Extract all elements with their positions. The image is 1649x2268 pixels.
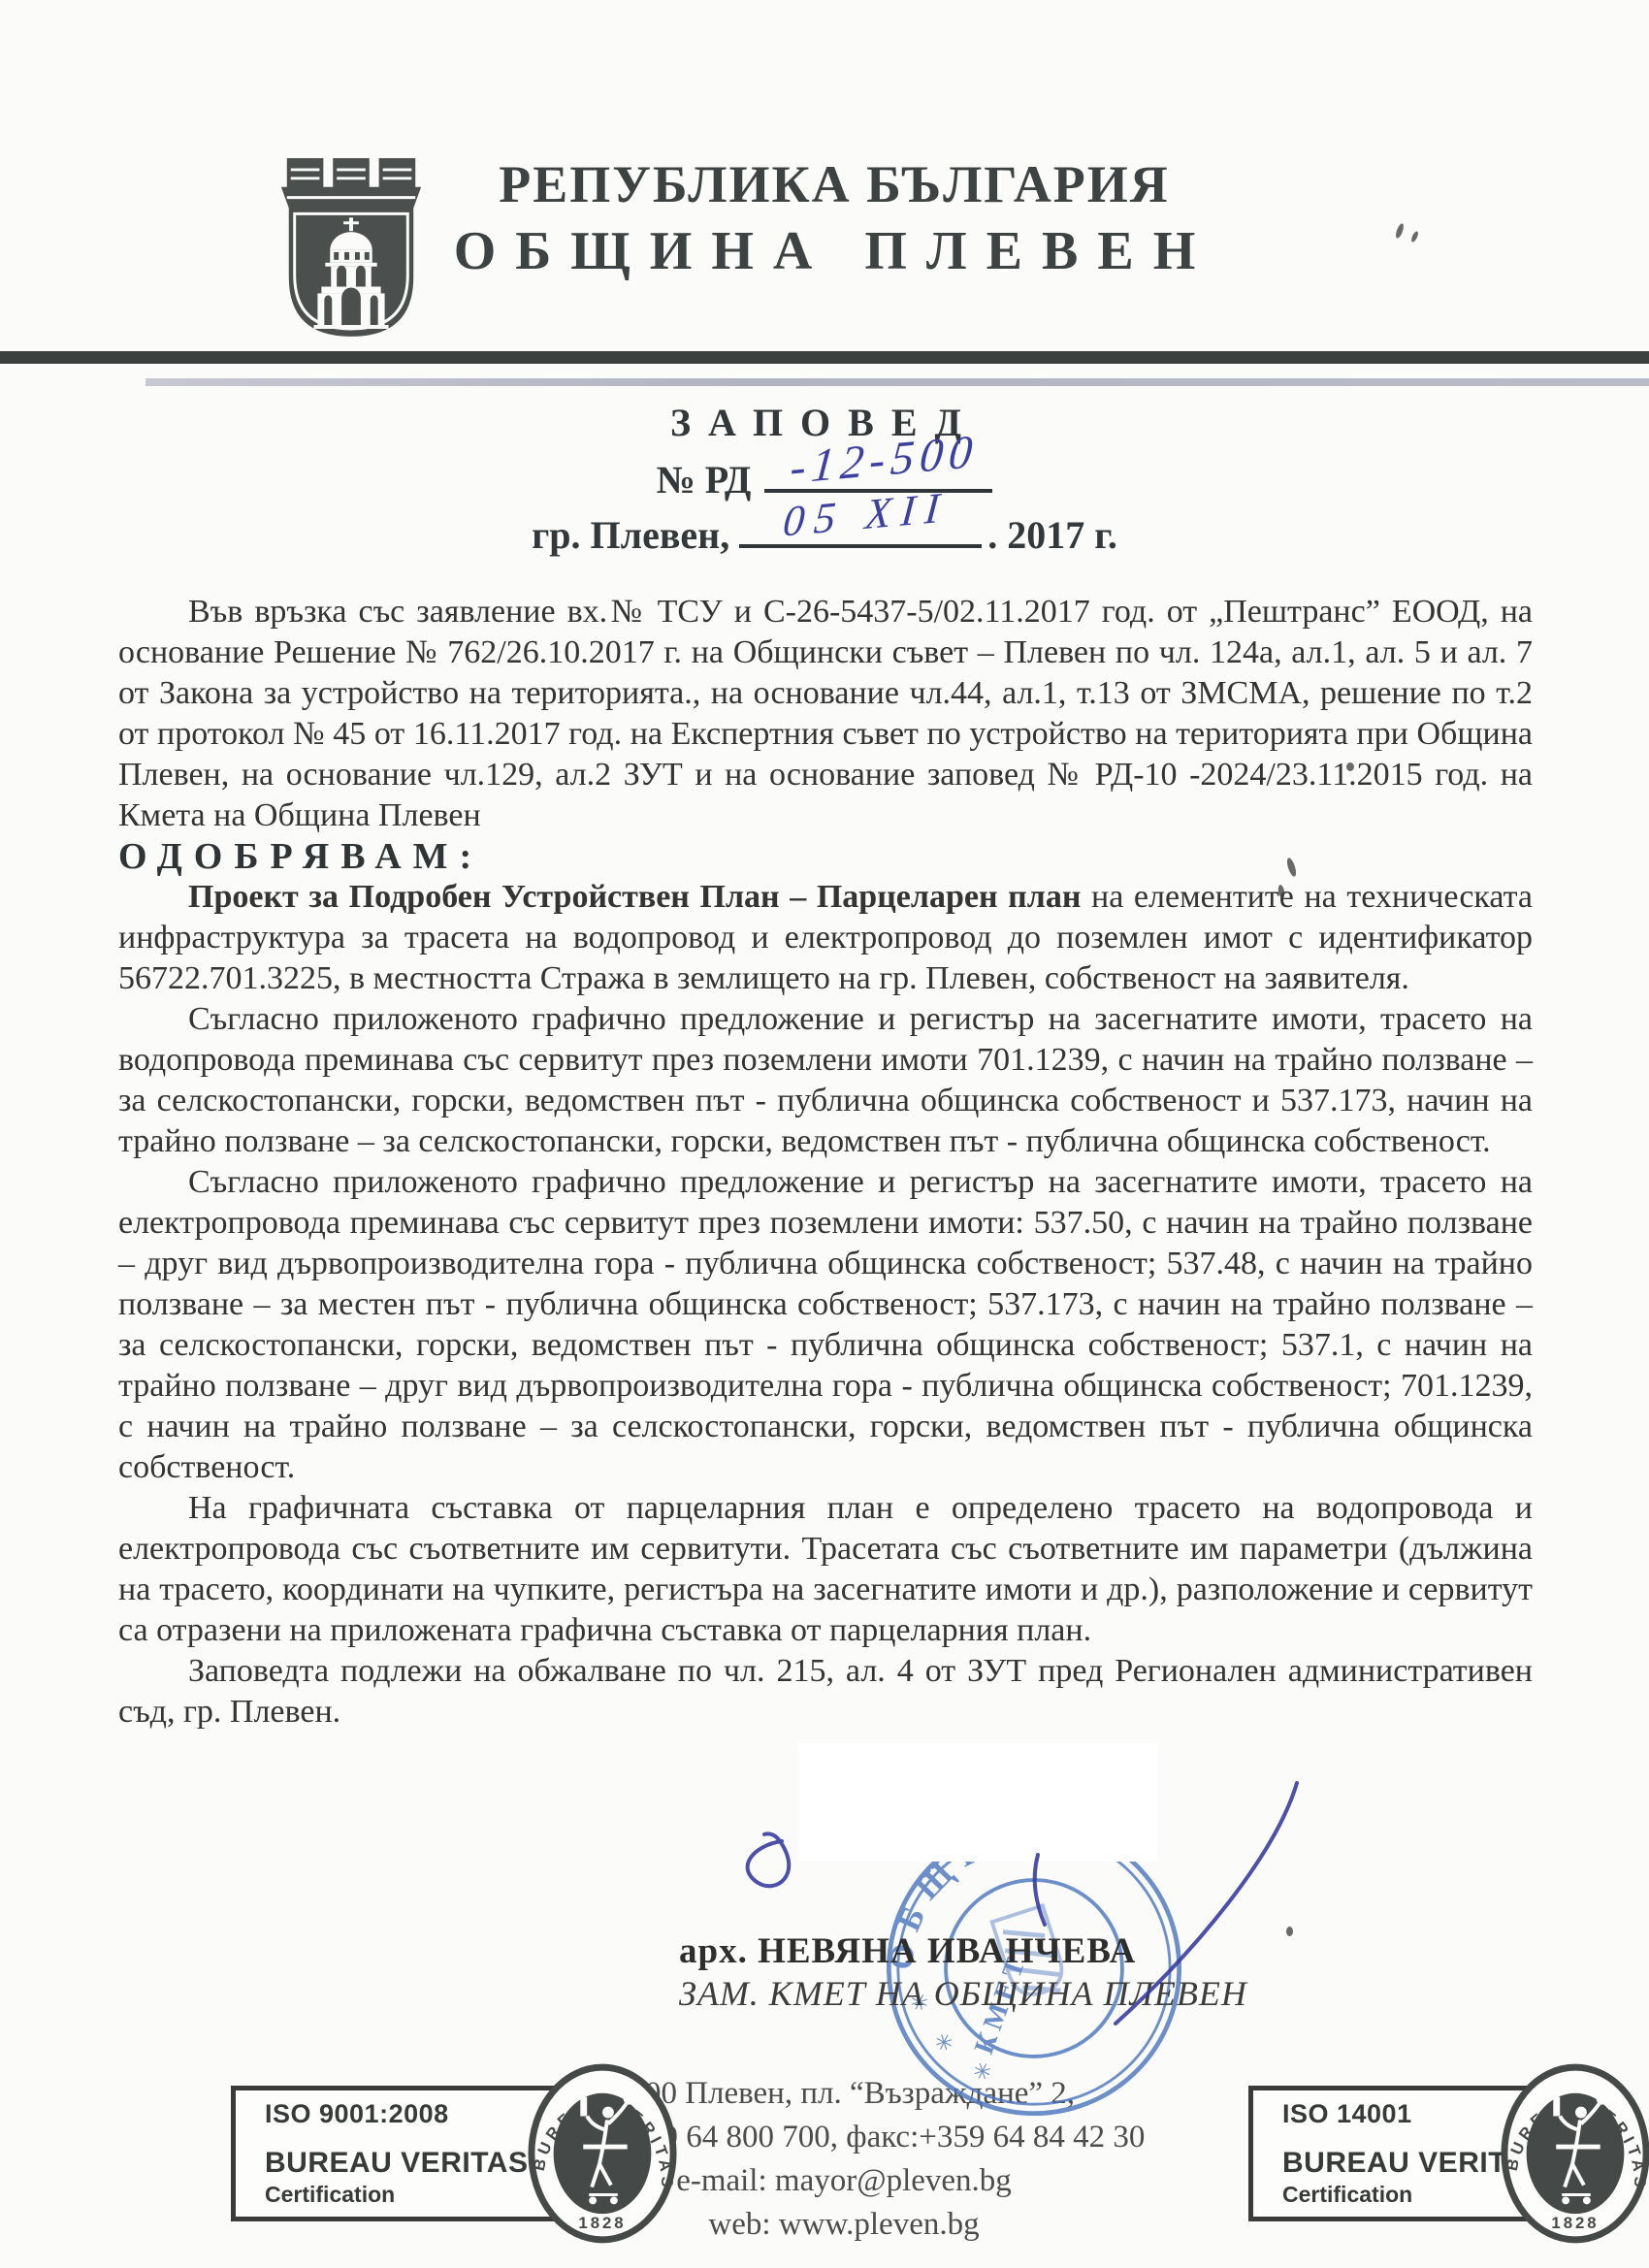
signatory-name: арх. НЕВЯНА ИВАНЧЕВА xyxy=(679,1930,1416,1972)
seal-year: 1828 xyxy=(1551,2214,1599,2232)
signature-redaction-box xyxy=(797,1743,1158,1862)
paragraph-appeal: Заповедта подлежи на обжалване по чл. 21… xyxy=(118,1651,1533,1733)
paragraph-intro: Във връзка със заявление вх.№ ТСУ и С-26… xyxy=(118,592,1533,836)
order-place: гр. Плевен, xyxy=(532,513,729,557)
divider-light-bar xyxy=(145,378,1649,386)
seal-year: 1828 xyxy=(578,2214,626,2232)
order-body: Във връзка със заявление вх.№ ТСУ и С-26… xyxy=(118,592,1533,1733)
order-heading: ЗАПОВЕД № РД-12-500 гр. Плевен,05 XII. 2… xyxy=(0,400,1649,558)
divider-dark-bar xyxy=(0,351,1649,364)
bureau-veritas-seal-icon: BUREAU VERITAS 1828 xyxy=(1499,2062,1649,2245)
country-title: РЕПУБЛИКА БЪЛГАРИЯ xyxy=(388,155,1280,213)
order-date-blank: 05 XII xyxy=(739,544,982,548)
scan-speck xyxy=(1346,762,1354,771)
order-place-date-line: гр. Плевен,05 XII. 2017 г. xyxy=(0,512,1649,558)
paragraph-graphic-note: На графичната съставка от парцеларния пл… xyxy=(118,1488,1533,1651)
paragraph-project: Проект за Подробен Устройствен План – Па… xyxy=(118,877,1533,999)
paragraph-power-route: Съгласно приложеното графично предложени… xyxy=(118,1162,1533,1488)
scan-speck xyxy=(1394,222,1405,239)
signatory-title: ЗАМ. КМЕТ НА ОБЩИНА ПЛЕВЕН xyxy=(679,1973,1416,2014)
bureau-veritas-seal-icon: BUREAU VERITAS 1828 xyxy=(526,2062,679,2245)
letterhead: РЕПУБЛИКА БЪЛГАРИЯ ОБЩИНА ПЛЕВЕН xyxy=(388,155,1280,281)
scanned-document-page: { "document": { "header": { "country": "… xyxy=(0,0,1649,2268)
scan-speck xyxy=(1410,231,1420,243)
stamp-star-icon: ✳ xyxy=(932,2028,957,2057)
order-number-prefix: № РД xyxy=(657,458,752,502)
stamp-star-icon: ✳ xyxy=(970,2057,995,2087)
paragraph-water-route: Съгласно приложеното графично предложени… xyxy=(118,999,1533,1162)
approve-heading: ОДОБРЯВАМ: xyxy=(118,836,1533,877)
municipality-title: ОБЩИНА ПЛЕВЕН xyxy=(388,221,1280,281)
project-lead-bold: Проект за Подробен Устройствен План – Па… xyxy=(188,879,1081,915)
order-year: . 2017 г. xyxy=(987,513,1117,557)
